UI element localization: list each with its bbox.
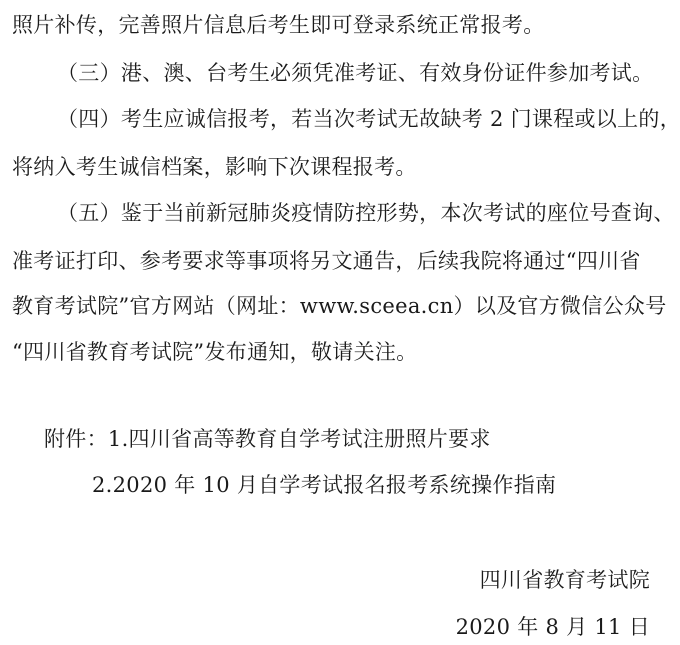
paragraph-line: 照片补传，完善照片信息后考生即可登录系统正常报考。 <box>12 12 545 38</box>
paragraph-line: 准考证打印、参考要求等事项将另文通告，后续我院将通过“四川省 <box>12 248 641 274</box>
paragraph-line: “四川省教育考试院”发布通知，敬请关注。 <box>12 339 417 365</box>
attachment-title: 2.2020 年 10 月自学考试报名报考系统操作指南 <box>92 473 556 497</box>
attachment-title: 1.四川省高等教育自学考试注册照片要求 <box>108 427 491 451</box>
attachment-item-2: 2.2020 年 10 月自学考试报名报考系统操作指南 <box>92 472 556 498</box>
signature-organization: 四川省教育考试院 <box>480 567 650 593</box>
paragraph-line: （四）考生应诚信报考，若当次考试无故缺考 2 门课程或以上的， <box>57 106 680 132</box>
signature-date: 2020 年 8 月 11 日 <box>456 614 650 640</box>
attachments-label: 附件： <box>44 427 108 451</box>
attachment-item-1: 附件：1.四川省高等教育自学考试注册照片要求 <box>44 426 491 452</box>
paragraph-line: 教育考试院”官方网站（网址：www.sceea.cn）以及官方微信公众号 <box>12 293 667 319</box>
paragraph-line: 将纳入考生诚信档案，影响下次课程报考。 <box>12 154 417 180</box>
paragraph-line: （五）鉴于当前新冠肺炎疫情防控形势，本次考试的座位号查询、 <box>57 200 675 226</box>
paragraph-line: （三）港、澳、台考生必须凭准考证、有效身份证件参加考试。 <box>57 60 653 86</box>
